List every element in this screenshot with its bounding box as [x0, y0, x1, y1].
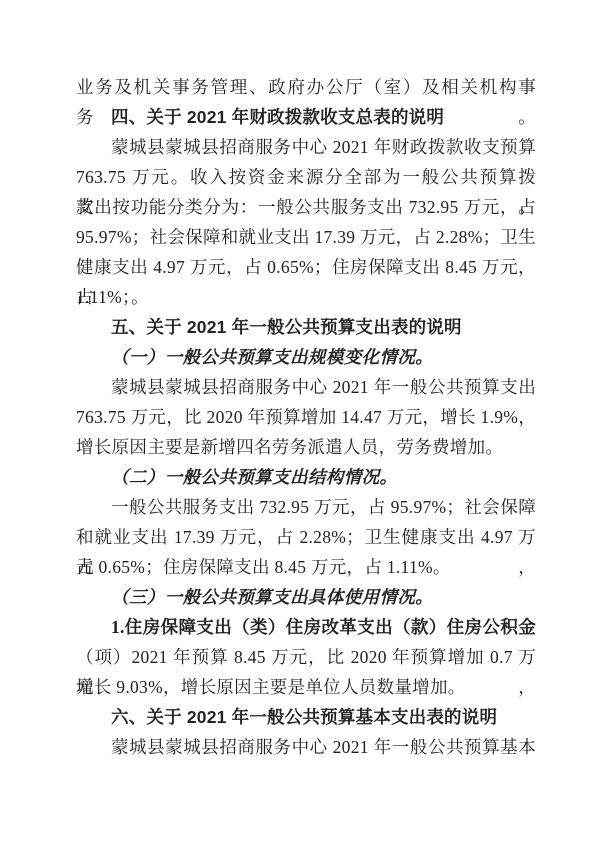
paragraph-line: 健康支出 4.97 万元，占 0.65%；住房保障支出 8.45 万元，占 — [76, 252, 536, 282]
section-heading: 五、关于 2021 年一般公共预算支出表的说明 — [76, 312, 536, 342]
emphasis-paragraph-line: 1.住房保障支出（类）住房改革支出（款）住房公积金 — [76, 612, 536, 642]
paragraph-line: 蒙城县蒙城县招商服务中心 2021 年财政拨款收支预算 — [76, 132, 536, 162]
subsection-heading: （三）一般公共预算支出具体使用情况。 — [76, 582, 536, 612]
paragraph-line: 支出按功能分类分为：一般公共服务支出 732.95 万元，占 — [76, 192, 536, 222]
section-heading: 六、关于 2021 年一般公共预算基本支出表的说明 — [76, 702, 536, 732]
paragraph-line: 一般公共服务支出 732.95 万元，占 95.97%；社会保障 — [76, 492, 536, 522]
paragraph-line: （项）2021 年预算 8.45 万元，比 2020 年预算增加 0.7 万元， — [76, 642, 536, 672]
paragraph-line: 763.75 万元。收入按资金来源分全部为一般公共预算拨款。 — [76, 162, 536, 192]
subsection-heading: （二）一般公共预算支出结构情况。 — [76, 462, 536, 492]
paragraph-line: 763.75 万元，比 2020 年预算增加 14.47 万元，增长 1.9%， — [76, 402, 536, 432]
paragraph-line: 95.97%；社会保障和就业支出 17.39 万元，占 2.28%；卫生 — [76, 222, 536, 252]
subsection-heading: （一）一般公共预算支出规模变化情况。 — [76, 342, 536, 372]
paragraph-line: 和就业支出 17.39 万元，占 2.28%；卫生健康支出 4.97 万元， — [76, 522, 536, 552]
paragraph-line: 1.11%；。 — [76, 282, 536, 312]
paragraph-line: 蒙城县蒙城县招商服务中心 2021 年一般公共预算支出 — [76, 372, 536, 402]
document-page: 业务及机关事务管理、政府办公厅（室）及相关机构事务。 四、关于 2021 年财政… — [0, 0, 600, 849]
paragraph-line: 业务及机关事务管理、政府办公厅（室）及相关机构事务。 — [76, 72, 536, 102]
paragraph-line: 增长原因主要是新增四名劳务派遣人员，劳务费增加。 — [76, 432, 536, 462]
paragraph-line: 蒙城县蒙城县招商服务中心 2021 年一般公共预算基本 — [76, 732, 536, 762]
